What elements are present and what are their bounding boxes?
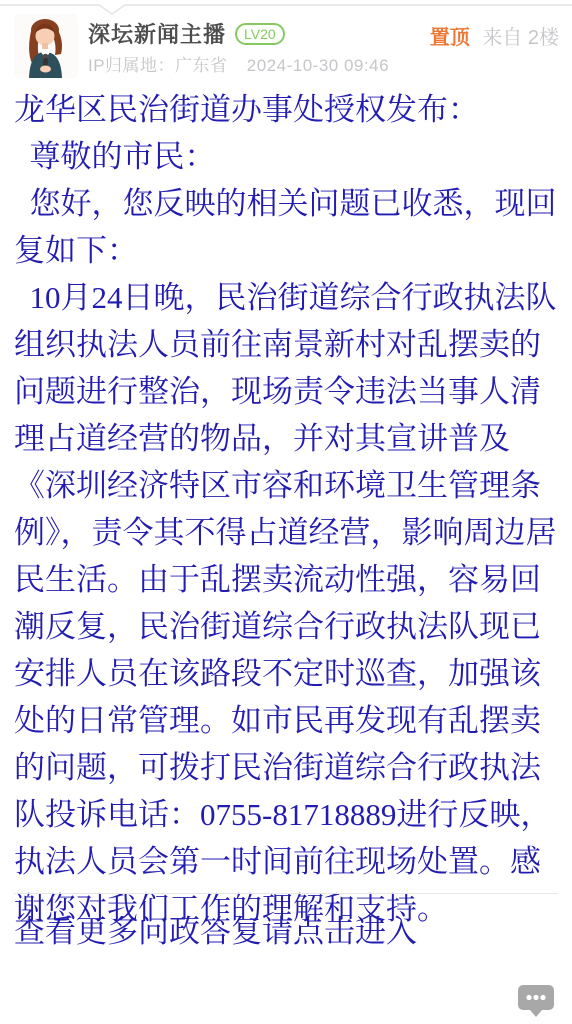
comment-bubble-icon[interactable] <box>517 984 555 1018</box>
pinned-badge: 置顶 <box>430 27 470 49</box>
news-anchor-avatar-image <box>14 14 78 78</box>
more-replies-link[interactable]: 查看更多问政答复请点击进入 <box>14 908 417 955</box>
floor-label: 来自 2楼 <box>482 27 559 49</box>
post-paragraph: 10月24日晚，民治街道综合行政执法队组织执法人员前往南景新村对乱摆卖的问题进行… <box>14 274 560 932</box>
user-level-badge: LV20 <box>235 23 285 45</box>
avatar[interactable] <box>14 14 78 78</box>
post-paragraph: 龙华区民治街道办事处授权发布： <box>14 86 560 133</box>
post-timestamp: 2024-10-30 09:46 <box>247 56 389 75</box>
post-paragraph: 尊敬的市民： <box>14 133 560 180</box>
post-meta-row: IP归属地：广东省 2024-10-30 09:46 <box>88 51 389 76</box>
post-paragraph: 您好，您反映的相关问题已收悉，现回复如下： <box>14 180 560 274</box>
divider <box>14 893 558 894</box>
user-name-row: 深坛新闻主播 LV20 <box>88 18 285 49</box>
post-body: 龙华区民治街道办事处授权发布： 尊敬的市民： 您好，您反映的相关问题已收悉，现回… <box>14 86 560 932</box>
ip-location-label: IP归属地：广东省 <box>88 56 228 75</box>
username[interactable]: 深坛新闻主播 <box>88 18 226 49</box>
post-flags: 置顶 来自 2楼 <box>430 21 559 50</box>
forum-post-card: { "header": { "username": "深坛新闻主播", "lev… <box>0 0 572 1024</box>
collapse-pointer-notch <box>0 0 572 16</box>
